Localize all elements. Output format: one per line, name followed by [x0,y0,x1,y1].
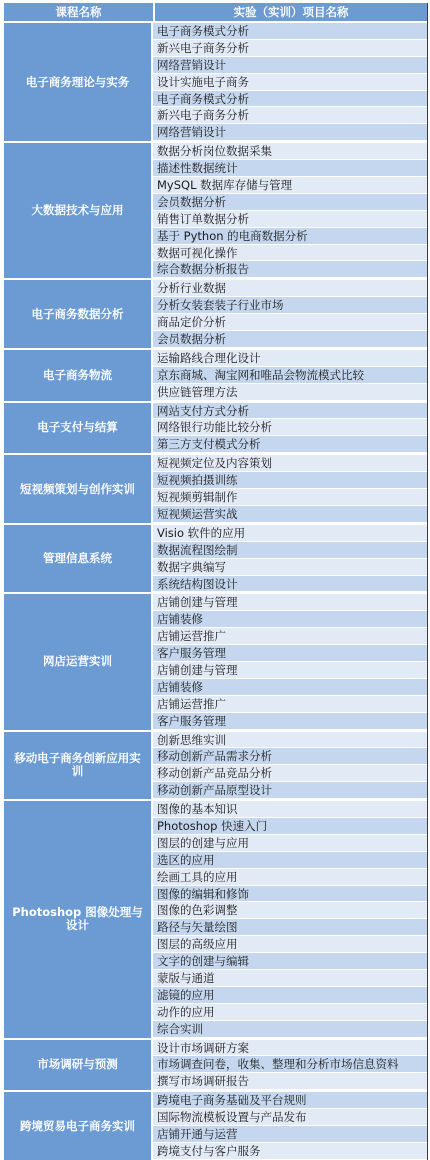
project-list: 运输路线合理化设计京东商城、淘宝网和唯品会物流模式比较供应链管理方法 [153,350,427,401]
header-course-name: 课程名称 [4,3,155,21]
project-row: 图层的创建与应用 [153,835,427,852]
project-row: 短视频定位及内容策划 [153,455,427,472]
project-row: 短视频拍摄训练 [153,472,427,489]
project-row: 电子商务模式分析 [153,23,427,40]
project-row: 店铺创建与管理 [153,594,427,611]
course-group: Photoshop 图像处理与设计图像的基本知识Photoshop 快速入门图层… [4,801,427,1039]
project-row: 电子商务模式分析 [153,91,427,108]
course-name-cell: 管理信息系统 [4,525,153,593]
project-row: 短视频运营实战 [153,506,427,523]
project-list: 短视频定位及内容策划短视频拍摄训练短视频剪辑制作短视频运营实战 [153,455,427,523]
project-row: 跨境电子商务基础及平台规则 [153,1092,427,1109]
project-row: 动作的应用 [153,1004,427,1021]
project-row: 网络营销设计 [153,124,427,141]
project-list: 跨境电子商务基础及平台规则国际物流模板设置与产品发布店铺开通与运营跨境支付与客户… [153,1092,427,1127]
project-row: 新兴电子商务分析 [153,107,427,124]
project-row: 第三方支付模式分析 [153,436,427,453]
project-row: 店铺装修 [153,611,427,628]
project-row: 图像的基本知识 [153,801,427,818]
project-row: 蒙版与通道 [153,970,427,987]
project-list: 创新思维实训移动创新产品需求分析移动创新产品竞品分析移动创新产品原型设计 [153,732,427,800]
project-row: 店铺运营推广 [153,696,427,713]
course-name-cell: 电子商务数据分析 [4,280,153,348]
project-row: 撰写市场调研报告 [153,1073,427,1090]
project-row: 会员数据分析 [153,194,427,211]
project-row: 选区的应用 [153,852,427,869]
project-row: 网络营销设计 [153,57,427,74]
project-row: 市场调查问卷，收集、整理和分析市场信息资料 [153,1056,427,1073]
project-row: 运输路线合理化设计 [153,350,427,367]
project-row: 客户服务管理 [153,713,427,730]
project-row: MySQL 数据库存储与管理 [153,177,427,194]
project-row: 创新思维实训 [153,732,427,749]
project-row: 供应链管理方法 [153,384,427,401]
project-list: 设计市场调研方案市场调查问卷，收集、整理和分析市场信息资料撰写市场调研报告 [153,1040,427,1091]
project-row: 销售订单数据分析 [153,211,427,228]
project-row: 店铺创建与管理 [153,662,427,679]
project-list: 数据分析岗位数据采集描述性数据统计MySQL 数据库存储与管理会员数据分析销售订… [153,143,427,278]
project-list: 电子商务模式分析新兴电子商务分析网络营销设计设计实施电子商务电子商务模式分析新兴… [153,23,427,141]
course-group: 电子商务物流运输路线合理化设计京东商城、淘宝网和唯品会物流模式比较供应链管理方法 [4,350,427,403]
course-group: 大数据技术与应用数据分析岗位数据采集描述性数据统计MySQL 数据库存储与管理会… [4,143,427,280]
project-row: 移动创新产品原型设计 [153,782,427,799]
project-row: 国际物流模板设置与产品发布 [153,1109,427,1126]
project-row: 分析行业数据 [153,280,427,297]
project-row: 设计实施电子商务 [153,74,427,91]
course-name-cell: 电子支付与结算 [4,403,153,454]
project-row: 移动创新产品竞品分析 [153,765,427,782]
project-row: 描述性数据统计 [153,160,427,177]
course-name-cell: 移动电子商务创新应用实训 [4,732,153,800]
course-name-cell: 跨境贸易电子商务实训 [4,1092,153,1127]
project-list: 店铺创建与管理店铺装修店铺运营推广客户服务管理店铺创建与管理店铺装修店铺运营推广… [153,594,427,729]
project-list: Visio 软件的应用数据流程图绘制数据字典编写系统结构图设计 [153,525,427,593]
project-row: 路径与矢量绘图 [153,919,427,936]
project-row: 店铺装修 [153,679,427,696]
project-row: 滤镜的应用 [153,987,427,1004]
project-row: 京东商城、淘宝网和唯品会物流模式比较 [153,367,427,384]
project-row: 绘画工具的应用 [153,869,427,886]
course-name-cell: 大数据技术与应用 [4,143,153,278]
project-row: 文字的创建与编辑 [153,953,427,970]
project-row: 图层的高级应用 [153,936,427,953]
project-list: 网站支付方式分析网络银行功能比较分析第三方支付模式分析 [153,403,427,454]
course-group: 电子商务理论与实务电子商务模式分析新兴电子商务分析网络营销设计设计实施电子商务电… [4,23,427,143]
course-group: 短视频策划与创作实训短视频定位及内容策划短视频拍摄训练短视频剪辑制作短视频运营实… [4,455,427,525]
project-row: 设计市场调研方案 [153,1040,427,1057]
course-group: 管理信息系统Visio 软件的应用数据流程图绘制数据字典编写系统结构图设计 [4,525,427,595]
project-row: 数据流程图绘制 [153,542,427,559]
course-name-cell: 电子商务理论与实务 [4,23,153,141]
project-row: 网络银行功能比较分析 [153,419,427,436]
project-row: 分析女装套装子行业市场 [153,297,427,314]
project-row: 综合实训 [153,1021,427,1038]
project-row: 图像的编辑和修饰 [153,886,427,903]
project-list: 分析行业数据分析女装套装子行业市场商品定价分析会员数据分析 [153,280,427,348]
project-row: 数据字典编写 [153,559,427,576]
course-group: 电子商务数据分析分析行业数据分析女装套装子行业市场商品定价分析会员数据分析 [4,280,427,350]
project-row: 商品定价分析 [153,314,427,331]
table-body: 电子商务理论与实务电子商务模式分析新兴电子商务分析网络营销设计设计实施电子商务电… [4,23,427,1127]
project-row: 移动创新产品需求分析 [153,748,427,765]
project-row: 系统结构图设计 [153,576,427,593]
project-row: 图像的色彩调整 [153,902,427,919]
header-project-name: 实验（实训）项目名称 [155,3,427,21]
course-group: 市场调研与预测设计市场调研方案市场调查问卷，收集、整理和分析市场信息资料撰写市场… [4,1040,427,1093]
project-row: Visio 软件的应用 [153,525,427,542]
course-group: 跨境贸易电子商务实训跨境电子商务基础及平台规则国际物流模板设置与产品发布店铺开通… [4,1092,427,1127]
project-row: 会员数据分析 [153,331,427,348]
course-name-cell: 短视频策划与创作实训 [4,455,153,523]
course-table: 课程名称 实验（实训）项目名称 电子商务理论与实务电子商务模式分析新兴电子商务分… [4,3,428,1127]
course-name-cell: Photoshop 图像处理与设计 [4,801,153,1037]
course-group: 网店运营实训店铺创建与管理店铺装修店铺运营推广客户服务管理店铺创建与管理店铺装修… [4,594,427,731]
project-row: Photoshop 快速入门 [153,818,427,835]
table-header: 课程名称 实验（实训）项目名称 [4,3,427,23]
project-row: 新兴电子商务分析 [153,40,427,57]
project-row: 客户服务管理 [153,645,427,662]
project-list: 图像的基本知识Photoshop 快速入门图层的创建与应用选区的应用绘画工具的应… [153,801,427,1037]
course-name-cell: 市场调研与预测 [4,1040,153,1091]
project-row: 数据分析岗位数据采集 [153,143,427,160]
project-row: 网站支付方式分析 [153,403,427,420]
project-row: 短视频剪辑制作 [153,489,427,506]
project-row: 数据可视化操作 [153,245,427,262]
project-row: 综合数据分析报告 [153,261,427,278]
course-name-cell: 网店运营实训 [4,594,153,729]
course-group: 移动电子商务创新应用实训创新思维实训移动创新产品需求分析移动创新产品竞品分析移动… [4,732,427,802]
project-row: 基于 Python 的电商数据分析 [153,228,427,245]
project-row: 店铺运营推广 [153,628,427,645]
course-group: 电子支付与结算网站支付方式分析网络银行功能比较分析第三方支付模式分析 [4,403,427,456]
course-name-cell: 电子商务物流 [4,350,153,401]
